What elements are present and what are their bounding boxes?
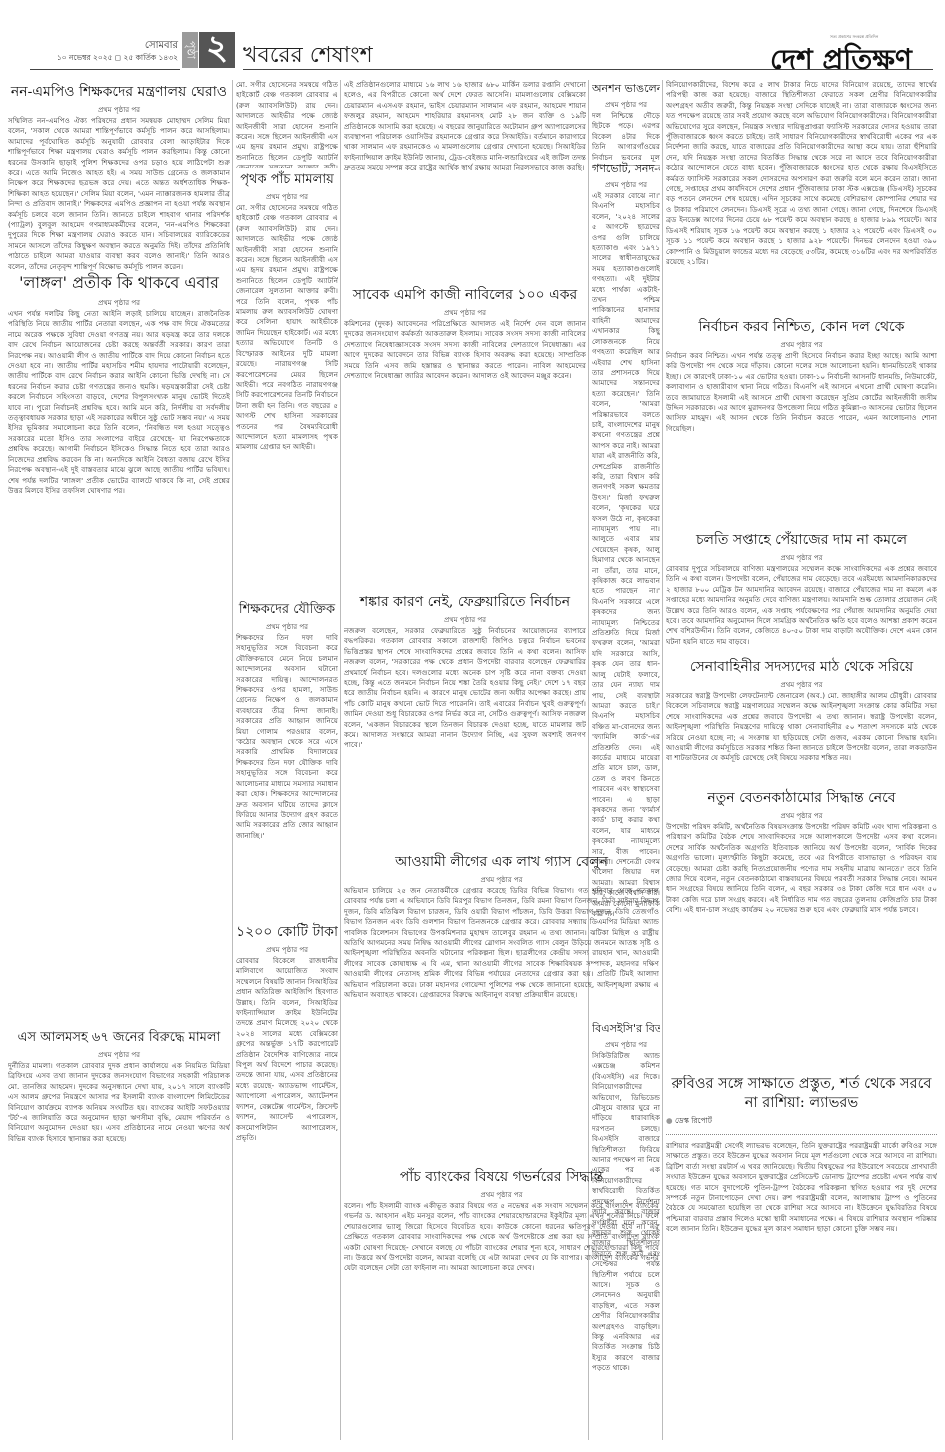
masthead-logo: দেশ প্রতিক্ষণ bbox=[770, 38, 912, 85]
article-onion-price[interactable]: চলতি সপ্তাহে পেঁয়াজের দাম না কমলে প্রথম… bbox=[666, 528, 937, 653]
headline: পৃথক পাঁচ মামলায় bbox=[236, 170, 338, 191]
article-asif-election[interactable]: নির্বাচন করব নিশ্চিত, কোন দল থেকে প্রথম … bbox=[666, 315, 937, 525]
article-hunger-strike[interactable]: অনশন ভাঙলেন প্রথম পৃষ্ঠার পর দল নিশ্চিন্… bbox=[592, 80, 660, 160]
headline: শঙ্কার কারণ নেই, ফেব্রুয়ারিতে নির্বাচন bbox=[344, 590, 586, 614]
article-body: উপদেষ্টা পরিষদ কমিটি, অর্থনৈতিক বিষয়সংক… bbox=[666, 822, 937, 1072]
article-body: সিকিউরিটিজ অ্যান্ড এক্সচেঞ্জ কমিশন (বিএস… bbox=[592, 1051, 660, 1441]
page-label: পৃষ্ঠা bbox=[182, 32, 198, 68]
article-body: দল নিশ্চিন্তে দৌড়ে ছিটকে পড়ে। এরপর বিক… bbox=[592, 111, 660, 166]
article-beximco-continued[interactable]: এই প্রতিষ্ঠানগুলোর মাধ্যমে ১৬ লাখ ১৬ হাজ… bbox=[344, 80, 586, 290]
byline-text: ডেস্ক রিপোর্ট bbox=[675, 1116, 712, 1125]
article-lavrov-rubio[interactable]: রুবিওর সঙ্গে সাক্ষাতে প্রস্তুত, শর্ত থেক… bbox=[666, 1075, 937, 1440]
article-body: এই প্রতিষ্ঠানগুলোর মাধ্যমে ১৬ লাখ ১৬ হাজ… bbox=[344, 80, 586, 290]
headline: বিএসইসি'র বিতর্কিত bbox=[592, 1020, 660, 1039]
article-body: এই সরকার বোঝে না।' বিএনপি মহাসচিব বলেন, … bbox=[592, 191, 660, 1021]
article-body: কমিশনের (দুদক) আবেদনের পরিপ্রেক্ষিতে আদা… bbox=[344, 319, 586, 594]
headline: নন-এমপিও শিক্ষকদের মন্ত্রণালয় ঘেরাও bbox=[8, 80, 230, 104]
continued-label: প্রথম পৃষ্ঠার পর bbox=[344, 307, 586, 319]
article-body: নির্বাচন করব নিশ্চিত। এখন পর্যন্ত তত্ত্ব… bbox=[666, 351, 937, 531]
article-army-withdrawal[interactable]: সেনাবাহিনীর সদস্যদের মাঠ থেকে সরিয়ে প্র… bbox=[666, 655, 937, 780]
article-body: রাশিয়ার পররাষ্ট্রমন্ত্রী সের্গেই ল্যাভর… bbox=[666, 1141, 937, 1426]
article-body: এখন পর্যন্ত দলটির কিছু নেতা আইনি লড়াই চ… bbox=[8, 309, 230, 1039]
headline: রুবিওর সঙ্গে সাক্ষাতে প্রস্তুত, শর্ত থেক… bbox=[666, 1075, 937, 1113]
article-referendum[interactable]: গণভোট, সনদ-এইসব প্রথম পৃষ্ঠার পর এই সরকা… bbox=[592, 160, 660, 1020]
headline: অনশন ভাঙলেন bbox=[592, 80, 660, 99]
article-body: মো. সগীর হোসেনের সমন্বয়ে গঠিত হাইকোর্ট … bbox=[236, 203, 338, 498]
article-teachers[interactable]: শিক্ষকদের যৌক্তিক প্রথম পৃষ্ঠার পর শিক্ষ… bbox=[236, 600, 338, 915]
header-rule-right bbox=[243, 69, 933, 70]
continued-label: প্রথম পৃষ্ঠার পর bbox=[344, 614, 586, 626]
article-body: শিক্ষকদের তিন দফা দাবি সহানুভূতির সঙ্গে … bbox=[236, 633, 338, 923]
continued-label: প্রথম পৃষ্ঠার পর bbox=[666, 339, 937, 351]
article-body: সরকারের স্বরাষ্ট্র উপদেষ্টা লেফটেন্যান্ট… bbox=[666, 691, 937, 786]
page-number: ২ bbox=[199, 32, 235, 68]
page-header: সোমবার ১০ নভেম্বর ২০২৫ ◻ ২৫ কার্তিক ১৪৩২… bbox=[0, 0, 945, 70]
article-body: দুর্নীতির মামলা। গতকাল রোববার দুদক প্রধা… bbox=[8, 1061, 230, 1441]
header-date: ১০ নভেম্বর ২০২৫ ◻ ২৫ কার্তিক ১৪৩২ bbox=[20, 53, 178, 65]
article-kazi-nabil[interactable]: সাবেক এমপি কাজী নাবিলের ১০০ একর প্রথম পৃ… bbox=[344, 283, 586, 588]
header-rule-left bbox=[30, 69, 180, 70]
continued-label: প্রথম পৃষ্ঠার পর bbox=[236, 191, 338, 203]
headline: সেনাবাহিনীর সদস্যদের মাঠ থেকে সরিয়ে bbox=[666, 655, 937, 679]
headline: নতুন বেতনকাঠামোর সিদ্ধান্ত নেবে bbox=[666, 786, 937, 810]
headline: নির্বাচন করব নিশ্চিত, কোন দল থেকে bbox=[666, 315, 937, 339]
headline: সাবেক এমপি কাজী নাবিলের ১০০ একর bbox=[344, 283, 586, 307]
continued-label: প্রথম পৃষ্ঠার পর bbox=[236, 944, 338, 956]
column-divider bbox=[662, 80, 663, 1440]
article-five-cases-lead: মো. সগীর হোসেনের সমন্বয়ে গঠিত হাইকোর্ট … bbox=[236, 80, 338, 168]
headline: চলতি সপ্তাহে পেঁয়াজের দাম না কমলে bbox=[666, 528, 937, 552]
article-body: নজরুল বলেছেন, সরকার ফেব্রুয়ারিতে সুষ্ঠু… bbox=[344, 626, 586, 851]
article-1200-crore[interactable]: ১২০০ কোটি টাকা প্রথম পৃষ্ঠার পর রোববার ব… bbox=[236, 920, 338, 1440]
article-non-mpo[interactable]: নন-এমপিও শিক্ষকদের মন্ত্রণালয় ঘেরাও প্র… bbox=[8, 80, 230, 265]
continued-label: প্রথম পৃষ্ঠার পর bbox=[592, 99, 660, 111]
headline: 'লাঙ্গল' প্রতীক কি থাকবে এবার bbox=[8, 270, 230, 297]
continued-label: প্রথম পৃষ্ঠার পর bbox=[666, 810, 937, 822]
byline-divider bbox=[666, 1134, 937, 1135]
continued-label: প্রথম পৃষ্ঠার পর bbox=[592, 1039, 660, 1051]
article-body: সম্মিলিত নন-এমপিও ঐক্য পরিষদের প্রধান সম… bbox=[8, 116, 230, 271]
article-five-cases[interactable]: পৃথক পাঁচ মামলায় প্রথম পৃষ্ঠার পর মো. স… bbox=[236, 170, 338, 490]
continued-label: প্রথম পৃষ্ঠার পর bbox=[8, 104, 230, 116]
article-s-alam[interactable]: এস আলমসহ ৬৭ জনের বিরুদ্ধে মামলা প্রথম পৃ… bbox=[8, 1028, 230, 1438]
headline: এস আলমসহ ৬৭ জনের বিরুদ্ধে মামলা bbox=[8, 1028, 230, 1049]
bullet-icon: ● bbox=[666, 1116, 673, 1125]
continued-label: প্রথম পৃষ্ঠার পর bbox=[8, 297, 230, 309]
continued-label: প্রথম পৃষ্ঠার পর bbox=[592, 179, 660, 191]
article-pay-scale[interactable]: নতুন বেতনকাঠামোর সিদ্ধান্ত নেবে প্রথম পৃ… bbox=[666, 786, 937, 1066]
article-body: রোববার দুপুরে সচিবালয়ে বাণিজ্য মন্ত্রণা… bbox=[666, 564, 937, 659]
continued-label: প্রথম পৃষ্ঠার পর bbox=[8, 1049, 230, 1061]
byline: ● ডেস্ক রিপোর্ট bbox=[666, 1116, 937, 1128]
article-bsec[interactable]: বিএসইসি'র বিতর্কিত প্রথম পৃষ্ঠার পর সিকি… bbox=[592, 1020, 660, 1440]
continued-label: প্রথম পৃষ্ঠার পর bbox=[666, 552, 937, 564]
headline: গণভোট, সনদ-এইসব bbox=[592, 160, 660, 179]
continued-label: প্রথম পৃষ্ঠার পর bbox=[666, 679, 937, 691]
headline: শিক্ষকদের যৌক্তিক bbox=[236, 600, 338, 621]
headline: ১২০০ কোটি টাকা bbox=[236, 920, 338, 944]
continued-label: প্রথম পৃষ্ঠার পর bbox=[236, 621, 338, 633]
article-stock-market-continued[interactable]: বিনিয়োগকারীদের, বিশেষ করে ৫ লাখ টাকার ন… bbox=[666, 80, 937, 310]
article-body: রোববার বিকেলে রাজধানীর মালিবাগে আয়োজিত … bbox=[236, 956, 338, 1451]
article-body: বিনিয়োগকারীদের, বিশেষ করে ৫ লাখ টাকার ন… bbox=[666, 80, 937, 310]
